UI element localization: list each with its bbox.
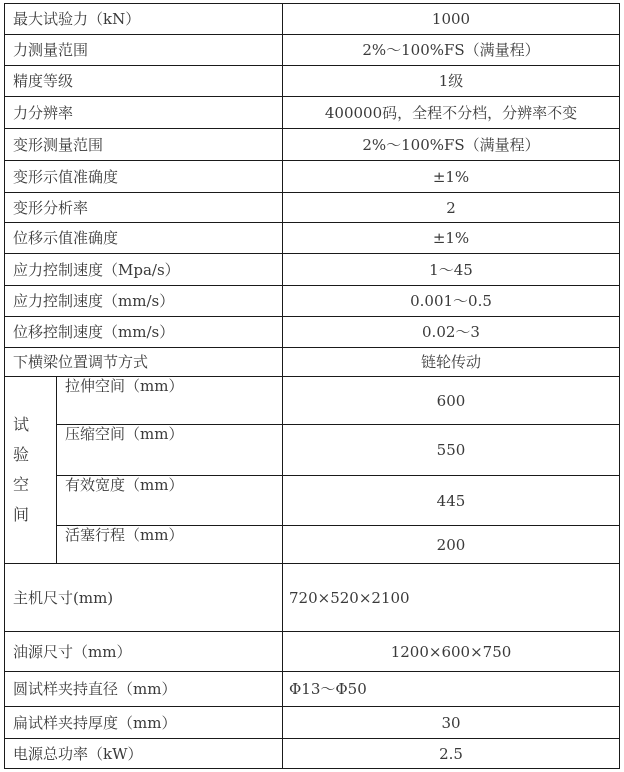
param-label: 圆试样夹持直径（mm） [5, 672, 283, 707]
table-row: 位移控制速度（mm/s）0.02～3 [5, 317, 620, 348]
table-row: 扁试样夹持厚度（mm）30 [5, 707, 620, 739]
param-value: ±1% [283, 161, 620, 193]
param-value: ±1% [283, 223, 620, 254]
param-label: 变形示值准确度 [5, 161, 283, 193]
table-row: 变形分析率2 [5, 193, 620, 223]
param-value: 1200×600×750 [283, 632, 620, 672]
table-row: 力分辨率400000码，全程不分档，分辨率不变 [5, 97, 620, 129]
param-label: 下横梁位置调节方式 [5, 348, 283, 377]
param-label: 有效宽度（mm） [57, 476, 283, 526]
param-value: 30 [283, 707, 620, 739]
param-label: 最大试验力（kN） [5, 4, 283, 35]
param-value: 1000 [283, 4, 620, 35]
param-value: 2.5 [283, 739, 620, 769]
param-value: 2%～100%FS（满量程） [283, 129, 620, 161]
param-label: 压缩空间（mm） [57, 425, 283, 476]
param-value: 200 [283, 526, 620, 564]
table-row: 最大试验力（kN）1000 [5, 4, 620, 35]
param-label: 应力控制速度（mm/s） [5, 286, 283, 317]
param-value: 0.001～0.5 [283, 286, 620, 317]
table-row: 应力控制速度（mm/s）0.001～0.5 [5, 286, 620, 317]
param-label: 应力控制速度（Mpa/s） [5, 254, 283, 286]
param-label: 拉伸空间（mm） [57, 377, 283, 425]
param-label: 油源尺寸（mm） [5, 632, 283, 672]
table-row: 精度等级1级 [5, 66, 620, 97]
param-value: 445 [283, 476, 620, 526]
param-value: 400000码，全程不分档，分辨率不变 [283, 97, 620, 129]
table-row: 变形示值准确度±1% [5, 161, 620, 193]
spec-table-body: 最大试验力（kN）1000 力测量范围2%～100%FS（满量程） 精度等级1级… [5, 4, 620, 769]
param-label: 变形测量范围 [5, 129, 283, 161]
param-label: 活塞行程（mm） [57, 526, 283, 564]
param-label: 电源总功率（kW） [5, 739, 283, 769]
param-label: 主机尺寸(mm) [5, 564, 283, 632]
table-row: 油源尺寸（mm）1200×600×750 [5, 632, 620, 672]
table-row: 位移示值准确度±1% [5, 223, 620, 254]
param-value: 链轮传动 [283, 348, 620, 377]
test-space-group-label: 试验空间 [5, 377, 57, 564]
table-row: 应力控制速度（Mpa/s）1～45 [5, 254, 620, 286]
test-space-group-text: 试验空间 [13, 410, 29, 530]
param-label: 位移示值准确度 [5, 223, 283, 254]
table-row: 下横梁位置调节方式链轮传动 [5, 348, 620, 377]
param-value: 2 [283, 193, 620, 223]
spec-table: 最大试验力（kN）1000 力测量范围2%～100%FS（满量程） 精度等级1级… [4, 3, 620, 769]
table-row: 压缩空间（mm） 550 [5, 425, 620, 476]
param-label: 位移控制速度（mm/s） [5, 317, 283, 348]
table-row: 主机尺寸(mm)720×520×2100 [5, 564, 620, 632]
param-label: 力测量范围 [5, 35, 283, 66]
param-label: 变形分析率 [5, 193, 283, 223]
param-value: 1～45 [283, 254, 620, 286]
param-value: 1级 [283, 66, 620, 97]
table-row: 活塞行程（mm） 200 [5, 526, 620, 564]
param-label: 扁试样夹持厚度（mm） [5, 707, 283, 739]
table-row: 力测量范围2%～100%FS（满量程） [5, 35, 620, 66]
param-value: 0.02～3 [283, 317, 620, 348]
param-value: 550 [283, 425, 620, 476]
table-row: 圆试样夹持直径（mm）Φ13～Φ50 [5, 672, 620, 707]
param-label: 精度等级 [5, 66, 283, 97]
param-value: 720×520×2100 [283, 564, 620, 632]
table-row: 试验空间 拉伸空间（mm） 600 [5, 377, 620, 425]
table-row: 变形测量范围2%～100%FS（满量程） [5, 129, 620, 161]
table-row: 有效宽度（mm） 445 [5, 476, 620, 526]
param-label: 力分辨率 [5, 97, 283, 129]
table-row: 电源总功率（kW）2.5 [5, 739, 620, 769]
param-value: 600 [283, 377, 620, 425]
param-value: Φ13～Φ50 [283, 672, 620, 707]
param-value: 2%～100%FS（满量程） [283, 35, 620, 66]
